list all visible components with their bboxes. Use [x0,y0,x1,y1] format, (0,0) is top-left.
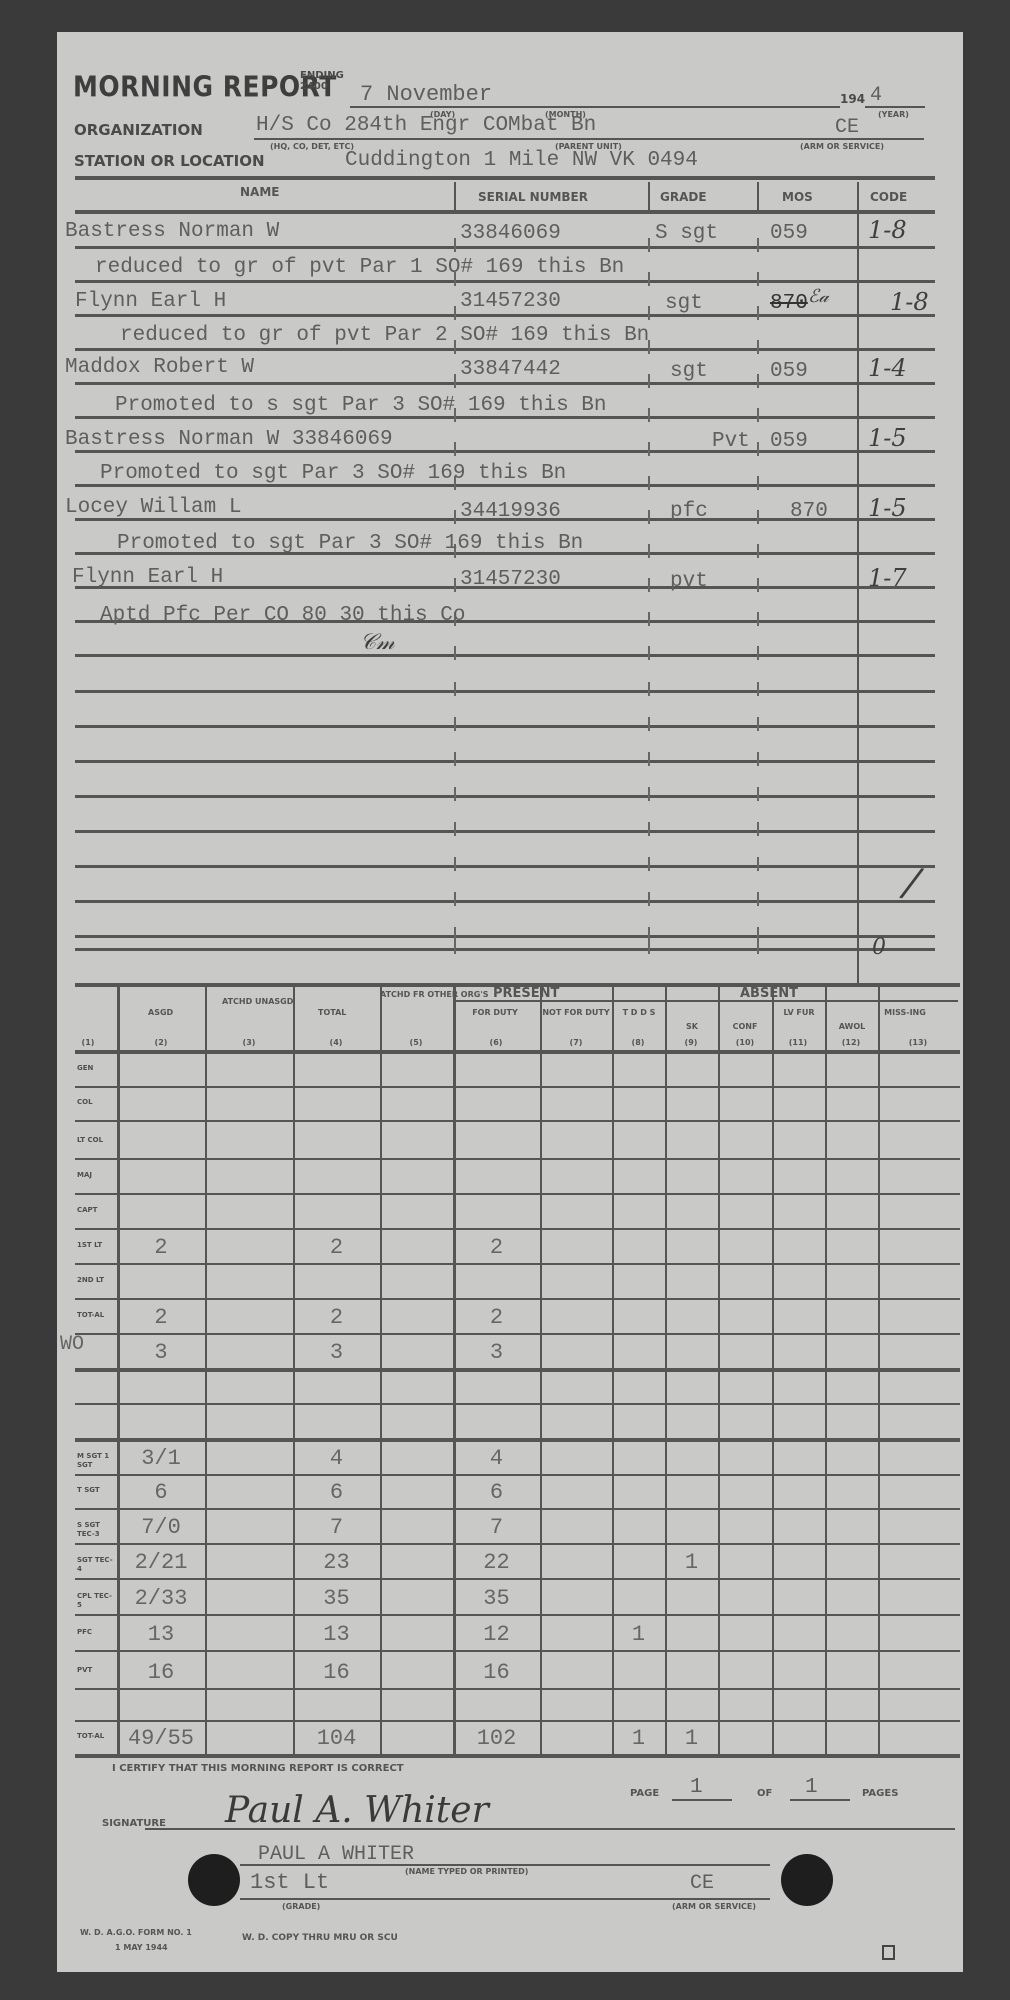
roster-tick [648,787,650,801]
strength-row-label: PVT [77,1666,115,1675]
roster-tick [648,510,650,524]
roster-tick [454,787,456,801]
page-number: 1 [690,1776,703,1799]
roster-row-8-remark: Promoted to sgt Par 3 SO# 169 this Bn [100,462,566,485]
roster-row-11-name: Flynn Earl H [72,566,223,589]
roster-row-11-grade: pvt [670,570,708,593]
roster-row-5-code: 1-4 [868,354,907,382]
strength-cell-for-duty: 35 [453,1586,540,1611]
roster-tick [757,272,759,286]
margin-zero-mark: 0 [872,935,886,960]
roster-row-9-mos: 870 [790,500,828,523]
roster-row-5-name: Maddox Robert W [65,356,254,379]
roster-row-1-mos: 059 [770,222,808,245]
roster-row-3-name: Flynn Earl H [75,290,226,313]
grade-underline [240,1898,770,1900]
strength-row-label: CPL TEC-5 [77,1592,115,1610]
strength-row-label: S SGT TEC-3 [77,1521,115,1539]
org-caption: (HQ, CO, DET, ETC) [270,142,354,151]
strength-row-label: 2ND LT [77,1276,115,1285]
name-caption: (NAME TYPED OR PRINTED) [405,1867,528,1876]
roster-rule [75,948,935,951]
strength-cell-tdds: 1 [612,1622,665,1647]
roster-row-4-remark: reduced to gr of pvt Par 2 SO# 169 this … [120,324,649,347]
strength-cell-total: 4 [293,1446,380,1471]
roster-tick [454,578,456,592]
strength-cell-asgd: 6 [117,1480,205,1505]
strength-row-rule [75,1263,960,1265]
pages-underline [790,1799,850,1801]
printed-name: PAUL A WHITER [258,1843,414,1866]
strength-row-rule [75,1754,960,1758]
strength-cell-asgd: 2 [117,1305,205,1330]
strength-row-rule [75,1508,960,1510]
pages-label: PAGES [862,1788,898,1799]
roster-divider-grade [648,182,650,212]
signature-underline [145,1828,955,1830]
strength-row-rule [75,1543,960,1545]
strength-row-label: GEN [77,1064,115,1073]
year-caption: (YEAR) [878,110,909,119]
column-number: (9) [676,1038,706,1047]
roster-tick [648,822,650,836]
organization-underline [254,138,924,140]
form-title: MORNING REPORT [73,70,337,103]
strength-cell-total: 23 [293,1550,380,1575]
strength-row-rule [75,1720,960,1722]
strength-cell-for-duty: 102 [453,1726,540,1751]
roster-tick [648,476,650,490]
strength-cell-for-duty: 6 [453,1480,540,1505]
roster-rule [75,725,935,728]
roster-tick [757,752,759,766]
roster-tick [757,544,759,558]
roster-tick [454,752,456,766]
column-number: (5) [401,1038,431,1047]
column-number: (2) [146,1038,176,1047]
strength-cell-asgd: 2/21 [117,1550,205,1575]
roster-row-5-grade: sgt [670,360,708,383]
roster-tick [454,682,456,696]
roster-row-9-code: 1-5 [868,494,907,522]
punch-hole-left [188,1854,240,1906]
roster-tick [757,717,759,731]
roster-tick [757,408,759,422]
strength-row-rule [75,1298,960,1300]
strength-row-label: CAPT [77,1206,115,1215]
strength-cell-total: 13 [293,1622,380,1647]
roster-tick [757,510,759,524]
strength-row-rule [75,1474,960,1476]
roster-row-3-grade: sgt [665,292,703,315]
total-pages: 1 [805,1776,818,1799]
hdr-awol: AWOL [827,1022,877,1031]
roster-row-2-remark: reduced to gr of pvt Par 1 SO# 169 this … [95,256,624,279]
strength-row-label: M SGT 1 SGT [77,1452,115,1470]
roster-tick [648,682,650,696]
roster-tick [648,306,650,320]
roster-tick [757,646,759,660]
strength-cell-total: 2 [293,1235,380,1260]
hdr-total: TOTAL [318,1008,346,1017]
strength-row-rule [75,1438,960,1442]
strength-cell-total: 35 [293,1586,380,1611]
roster-row-12-remark: Aptd Pfc Per CO 80 30 this Co [100,604,465,627]
roster-tick [648,408,650,422]
strength-header-rule [75,1050,960,1054]
col-name: NAME [240,185,279,199]
roster-tick [648,717,650,731]
page-label: PAGE [630,1788,659,1799]
roster-tick [757,612,759,626]
strength-row-label: T SGT [77,1486,115,1495]
roster-tick [757,374,759,388]
strength-cell-asgd: 3 [117,1340,205,1365]
organization-service: CE [835,116,859,139]
roster-divider-mos [757,182,759,212]
roster-tick [757,238,759,252]
strength-cell-for-duty: 2 [453,1235,540,1260]
strength-cell-total: 2 [293,1305,380,1330]
initials-scribble-icon: ℰ𝒶 [808,286,829,307]
roster-rule [75,654,935,657]
roster-tick [648,892,650,906]
roster-tick [757,892,759,906]
officer-service: CE [690,1872,714,1895]
roster-rule [75,795,935,798]
strength-row-rule [75,1578,960,1580]
roster-tick [648,646,650,660]
roster-row-11-serial: 31457230 [460,568,561,591]
roster-rule [75,348,935,351]
strength-cell-for-duty: 7 [453,1515,540,1540]
strength-row-rule [75,1614,960,1616]
roster-rule [75,280,935,283]
roster-tick [757,822,759,836]
strength-row-label: SGT TEC-4 [77,1556,115,1574]
year-digit: 4 [870,84,882,107]
roster-tick [648,544,650,558]
column-number: (7) [561,1038,591,1047]
roster-row-9-serial: 34419936 [460,500,561,523]
hdr-conf: CONF [720,1022,770,1031]
roster-rule [75,690,935,693]
page-underline [672,1799,732,1801]
roster-rule [75,935,935,938]
roster-rule [75,900,935,903]
form-number: W. D. A.G.O. FORM NO. 1 [80,1928,192,1937]
grade-caption: (GRADE) [282,1902,320,1911]
report-date: 7 November [360,82,492,107]
year-prefix: 194 [840,92,865,106]
name-underline [240,1864,770,1866]
column-number: (4) [321,1038,351,1047]
roster-row-7-code: 1-5 [868,424,907,452]
roster-tick [648,752,650,766]
strength-row-label: 1ST LT [77,1241,115,1250]
roster-row-6-remark: Promoted to s sgt Par 3 SO# 169 this Bn [115,394,606,417]
strength-cell-asgd: 3/1 [117,1446,205,1471]
roster-row-1-grade: S sgt [655,222,718,245]
roster-row-7-name: Bastress Norman W 33846069 [65,428,393,451]
roster-row-10-remark: Promoted to sgt Par 3 SO# 169 this Bn [117,532,583,555]
roster-row-3-code: 1-8 [890,288,929,316]
roster-rule [75,760,935,763]
strength-row-rule [75,1086,960,1088]
form-date: 1 MAY 1944 [115,1943,168,1952]
signature: Paul A. Whiter [225,1790,489,1831]
roster-tick [454,927,456,941]
strength-row-rule [75,1120,960,1122]
roster-tick [757,787,759,801]
strength-row-rule [75,1158,960,1160]
roster-tick [454,646,456,660]
ending-label: ENDING 2400 [300,70,344,92]
roster-tick [454,238,456,252]
strength-row-rule [75,1403,960,1405]
roster-tick [454,857,456,871]
hdr-present: PRESENT [493,986,559,1001]
roster-row-9-grade: pfc [670,500,708,523]
strength-cell-asgd: 13 [117,1622,205,1647]
col-mos: MOS [782,190,813,204]
column-number: (8) [623,1038,653,1047]
strength-cell-total: 16 [293,1660,380,1685]
strength-cell-total: 7 [293,1515,380,1540]
roster-row-3-mos: 870 [770,292,808,315]
roster-row-11-code: 1-7 [868,564,907,592]
roster-row-7-mos: 059 [770,430,808,453]
organization-value: H/S Co 284th Engr COMbat Bn [256,114,596,137]
roster-tick [757,682,759,696]
strength-cell-asgd: 7/0 [117,1515,205,1540]
copy-note: W. D. COPY THRU MRU OR SCU [242,1933,398,1943]
strength-cell-total: 104 [293,1726,380,1751]
roster-row-1-name: Bastress Norman W [65,220,279,243]
date-underline [350,106,840,108]
hdr-not-for-duty: NOT FOR DUTY [542,1008,610,1017]
roster-tick [454,306,456,320]
station-value: Cuddington 1 Mile NW VK 0494 [345,149,698,172]
roster-tick [648,272,650,286]
strength-row-rule [75,1650,960,1652]
col-code: CODE [870,190,907,204]
strength-cell-tdds: 1 [612,1726,665,1751]
checkbox-icon [882,1945,895,1960]
roster-tick [454,717,456,731]
roster-tick [454,374,456,388]
roster-tick [757,442,759,456]
hdr-sk: SK [667,1022,717,1031]
roster-tick [648,238,650,252]
strength-row-rule [75,1193,960,1195]
roster-tick [648,940,650,954]
strength-row-label: LT COL [77,1136,115,1145]
roster-tick [648,927,650,941]
strength-cell-total: 3 [293,1340,380,1365]
roster-rule [75,830,935,833]
strength-cell-for-duty: 3 [453,1340,540,1365]
certification-statement: I CERTIFY THAT THIS MORNING REPORT IS CO… [112,1763,404,1774]
strength-cell-total: 6 [293,1480,380,1505]
roster-tick [454,510,456,524]
roster-rule [75,246,935,249]
column-number: (3) [234,1038,264,1047]
column-number: (13) [903,1038,933,1047]
roster-tick [454,940,456,954]
roster-tick [648,612,650,626]
roster-tick [757,306,759,320]
roster-tick [757,927,759,941]
strength-cell-asgd: 2 [117,1235,205,1260]
roster-tick [757,340,759,354]
roster-tick [648,374,650,388]
strength-row-rule [75,1228,960,1230]
strength-cell-asgd: 2/33 [117,1586,205,1611]
hdr-lv-fur: LV FUR [774,1008,824,1017]
column-number: (1) [73,1038,103,1047]
column-number: (6) [481,1038,511,1047]
arm-caption: (ARM OR SERVICE) [800,142,884,151]
roster-row-7-grade: Pvt [712,430,750,453]
roster-tick [757,578,759,592]
hdr-tdds: T D D S [614,1008,664,1017]
strength-row-rule [75,1333,960,1335]
strength-cell-for-duty: 22 [453,1550,540,1575]
roster-tick [757,476,759,490]
strength-cell-for-duty: 16 [453,1660,540,1685]
roster-tick [757,857,759,871]
strength-row-label: TOT-AL [77,1732,115,1741]
organization-label: ORGANIZATION [74,121,203,139]
column-number: (11) [783,1038,813,1047]
roster-row-9-name: Locey Willam L [65,496,241,519]
strength-row-label: TOT-AL [77,1311,115,1320]
strength-cell-for-duty: 12 [453,1622,540,1647]
officer-grade: 1st Lt [250,1870,329,1895]
roster-tick [454,442,456,456]
hdr-for-duty: FOR DUTY [455,1008,535,1017]
roster-row-1-serial: 33846069 [460,222,561,245]
roster-tick [454,822,456,836]
hdr-asgd: ASGD [148,1008,173,1017]
ending-label-line1: ENDING [300,70,344,81]
strength-cell-asgd: 16 [117,1660,205,1685]
ending-label-line2: 2400 [300,81,344,92]
roster-row-5-serial: 33847442 [460,358,561,381]
strength-cell-for-duty: 4 [453,1446,540,1471]
roster-tick [648,442,650,456]
roster-divider-serial [454,182,456,212]
roster-rule [75,865,935,868]
roster-tick [757,940,759,954]
strength-row-label: WO [60,1340,98,1349]
col-serial-number: SERIAL NUMBER [478,190,588,204]
year-underline [865,106,925,108]
strength-cell-sk: 1 [665,1550,718,1575]
strength-cell-sk: 1 [665,1726,718,1751]
strength-cell-for-duty: 2 [453,1305,540,1330]
roster-row-5-mos: 059 [770,360,808,383]
hdr-atchd-other: ATCHD FR OTHER ORG'S [380,990,450,999]
roster-tick [648,857,650,871]
column-number: (10) [730,1038,760,1047]
roster-top-rule [75,176,935,180]
strength-row-label: MAJ [77,1171,115,1180]
station-label: STATION OR LOCATION [74,152,265,170]
roster-row-1-code: 1-8 [868,216,907,244]
strength-row-rule [75,1688,960,1690]
col-grade: GRADE [660,190,707,204]
roster-tick [454,892,456,906]
strength-row-label: COL [77,1098,115,1107]
of-label: OF [757,1788,772,1799]
roster-row-3-serial: 31457230 [460,290,561,313]
service-caption: (ARM OR SERVICE) [672,1902,756,1911]
column-number: (12) [836,1038,866,1047]
strength-cell-asgd: 49/55 [117,1726,205,1751]
hdr-absent: ABSENT [740,986,798,1001]
roster-header-rule [75,210,935,214]
punch-hole-right [781,1854,833,1906]
strength-row-rule [75,1368,960,1372]
hdr-atchd-unasgd: ATCHD UNASGD [222,997,282,1006]
strength-row-label: PFC [77,1628,115,1637]
roster-tick [648,578,650,592]
hdr-missing: MISS-ING [880,1008,930,1017]
initials-scribble-icon: 𝒞𝓂 [360,630,395,655]
